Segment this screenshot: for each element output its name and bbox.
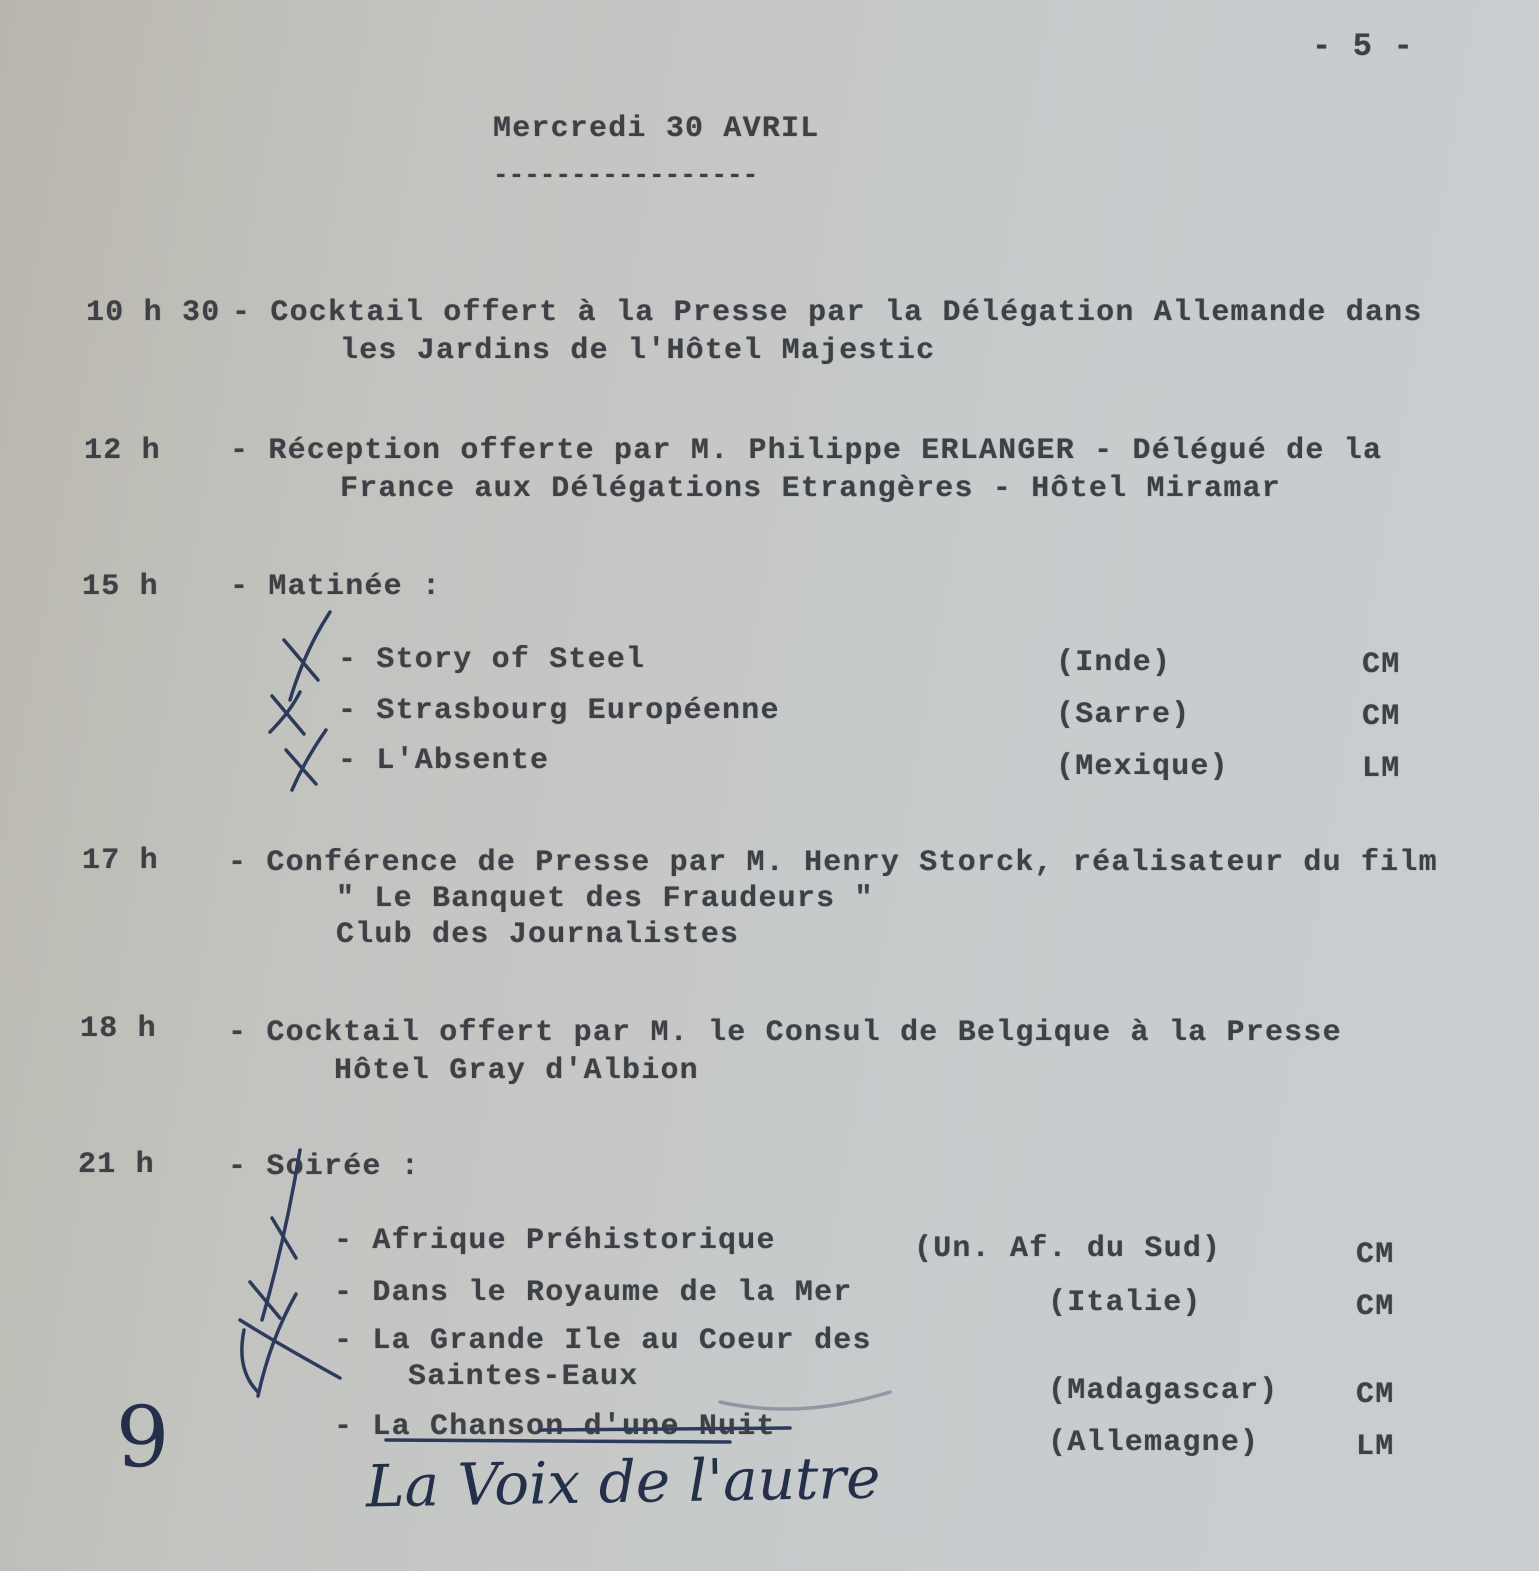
film-country: (Mexique) — [1056, 750, 1229, 784]
event-time: 12 h — [84, 434, 161, 468]
event-line: - Conférence de Presse par M. Henry Stor… — [228, 846, 1438, 880]
event-line: France aux Délégations Etrangères - Hôte… — [340, 472, 1281, 506]
document-page: - 5 - Mercredi 30 AVRIL ----------------… — [0, 0, 1539, 1571]
check-cross-icon — [286, 730, 326, 790]
film-format: CM — [1356, 1378, 1394, 1412]
event-line: Club des Journalistes — [336, 918, 739, 952]
film-country: (Italie) — [1048, 1286, 1202, 1320]
film-title-struck: - La Chanson d'une Nuit — [334, 1410, 776, 1444]
film-title-continued: Saintes-Eaux — [408, 1360, 638, 1394]
check-cross-icon — [284, 612, 330, 700]
film-format: CM — [1356, 1290, 1394, 1324]
arc-mark — [720, 1392, 890, 1409]
event-time: 15 h — [82, 570, 159, 604]
event-line: - Matinée : — [230, 570, 441, 604]
event-line: Hôtel Gray d'Albion — [334, 1054, 699, 1088]
film-country: (Madagascar) — [1048, 1374, 1278, 1408]
handwritten-margin-mark: 9 — [115, 1388, 170, 1487]
film-format: CM — [1362, 648, 1400, 682]
film-title: - Dans le Royaume de la Mer — [334, 1276, 852, 1310]
event-time: 21 h — [78, 1148, 155, 1182]
film-country: (Un. Af. du Sud) — [914, 1232, 1221, 1266]
film-title: - L'Absente — [338, 744, 549, 778]
handwritten-correction: La Voix de l'autre — [365, 1444, 880, 1521]
event-line: " Le Banquet des Fraudeurs " — [336, 882, 874, 916]
film-country: (Allemagne) — [1048, 1426, 1259, 1460]
film-country: (Inde) — [1056, 646, 1171, 680]
title-underline: ----------------- — [493, 160, 758, 190]
page-number: - 5 - — [1312, 28, 1414, 65]
film-title: - La Grande Ile au Coeur des — [334, 1324, 872, 1358]
film-title: - Story of Steel — [338, 643, 645, 677]
event-time: 10 h 30 — [86, 296, 220, 330]
event-line: - Cocktail offert à la Presse par la Dél… — [232, 296, 1423, 330]
film-format: CM — [1362, 700, 1400, 734]
event-line: - Cocktail offert par M. le Consul de Be… — [228, 1016, 1342, 1050]
event-line: - Soirée : — [228, 1150, 420, 1184]
film-title: - Afrique Préhistorique — [334, 1224, 776, 1258]
film-format: LM — [1362, 752, 1400, 786]
film-format: CM — [1356, 1238, 1394, 1272]
check-cross-icon — [240, 1150, 340, 1396]
event-time: 18 h — [80, 1012, 157, 1046]
film-format: LM — [1356, 1430, 1394, 1464]
event-line: - Réception offerte par M. Philippe ERLA… — [230, 434, 1382, 468]
event-line: les Jardins de l'Hôtel Majestic — [340, 334, 935, 368]
check-cross-icon — [270, 692, 304, 734]
page-title: Mercredi 30 AVRIL — [493, 112, 819, 146]
event-time: 17 h — [82, 844, 159, 878]
film-country: (Sarre) — [1056, 698, 1190, 732]
film-title: - Strasbourg Européenne — [338, 694, 780, 728]
